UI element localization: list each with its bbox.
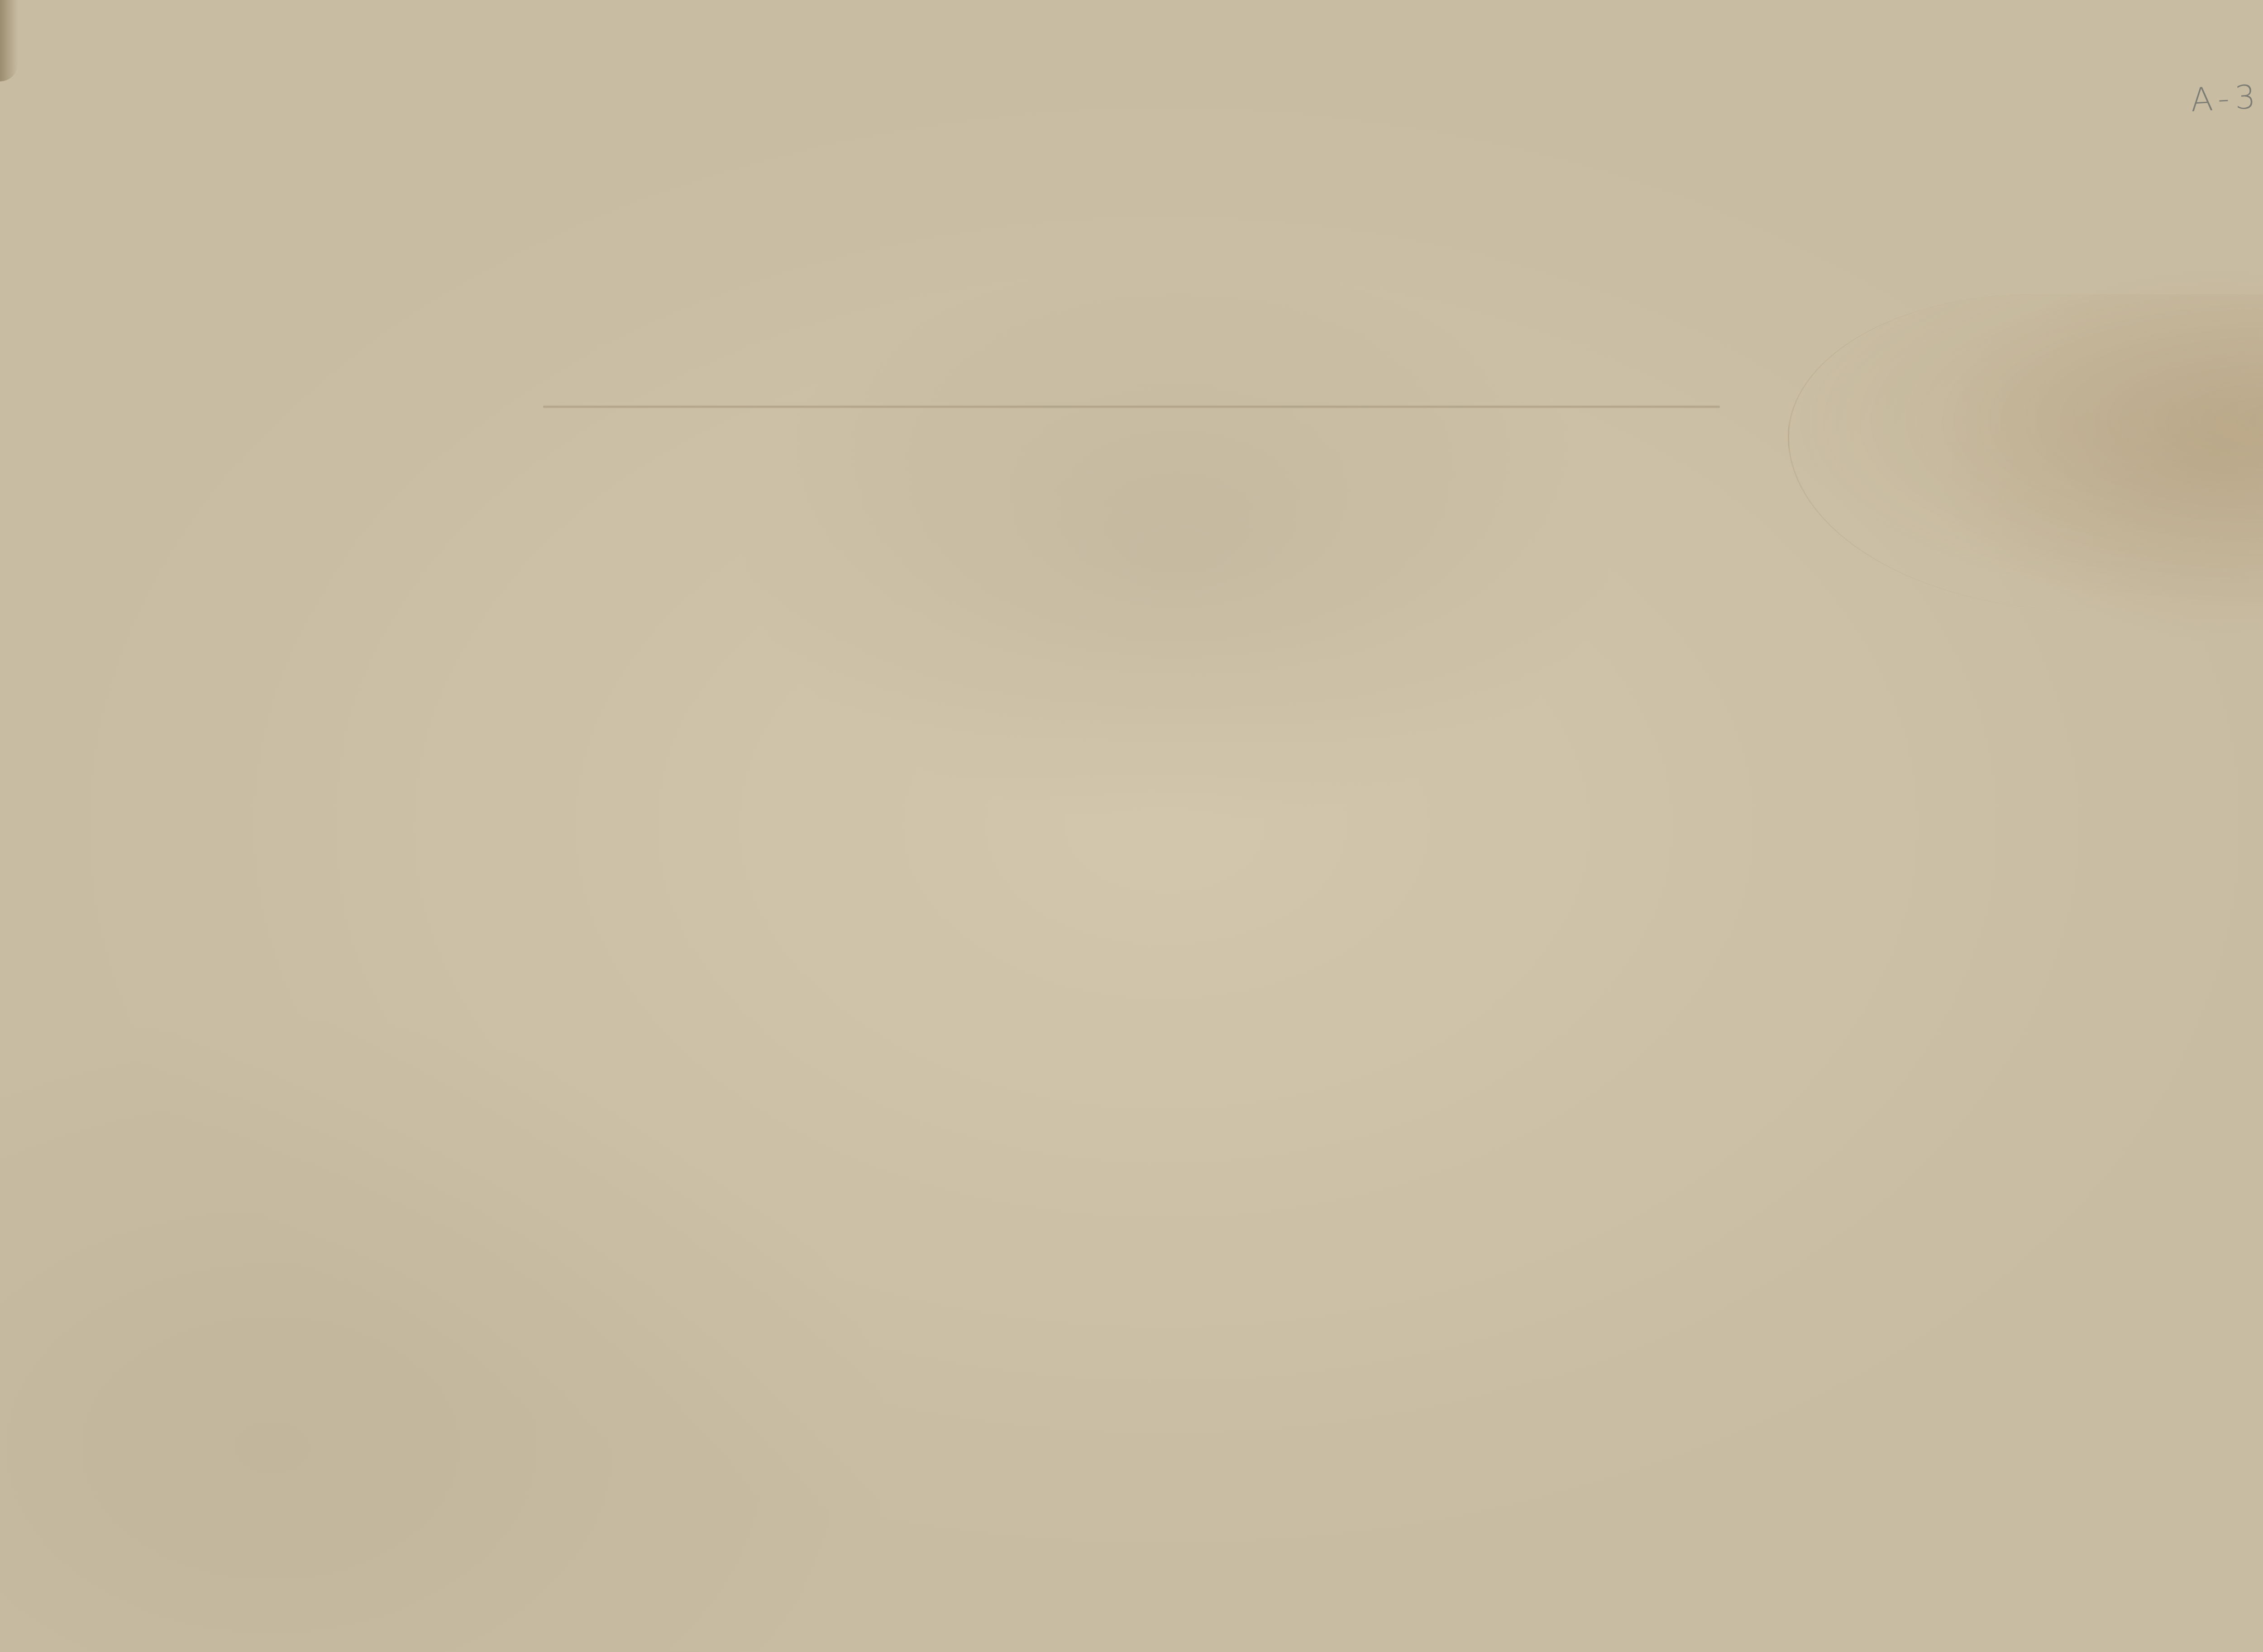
paper-sheet: A-3 xyxy=(0,0,2263,1652)
corner-wear xyxy=(0,0,18,81)
pencil-annotation: A-3 xyxy=(2190,77,2262,119)
paper-crease xyxy=(543,405,1720,409)
water-stain xyxy=(1788,294,2263,611)
